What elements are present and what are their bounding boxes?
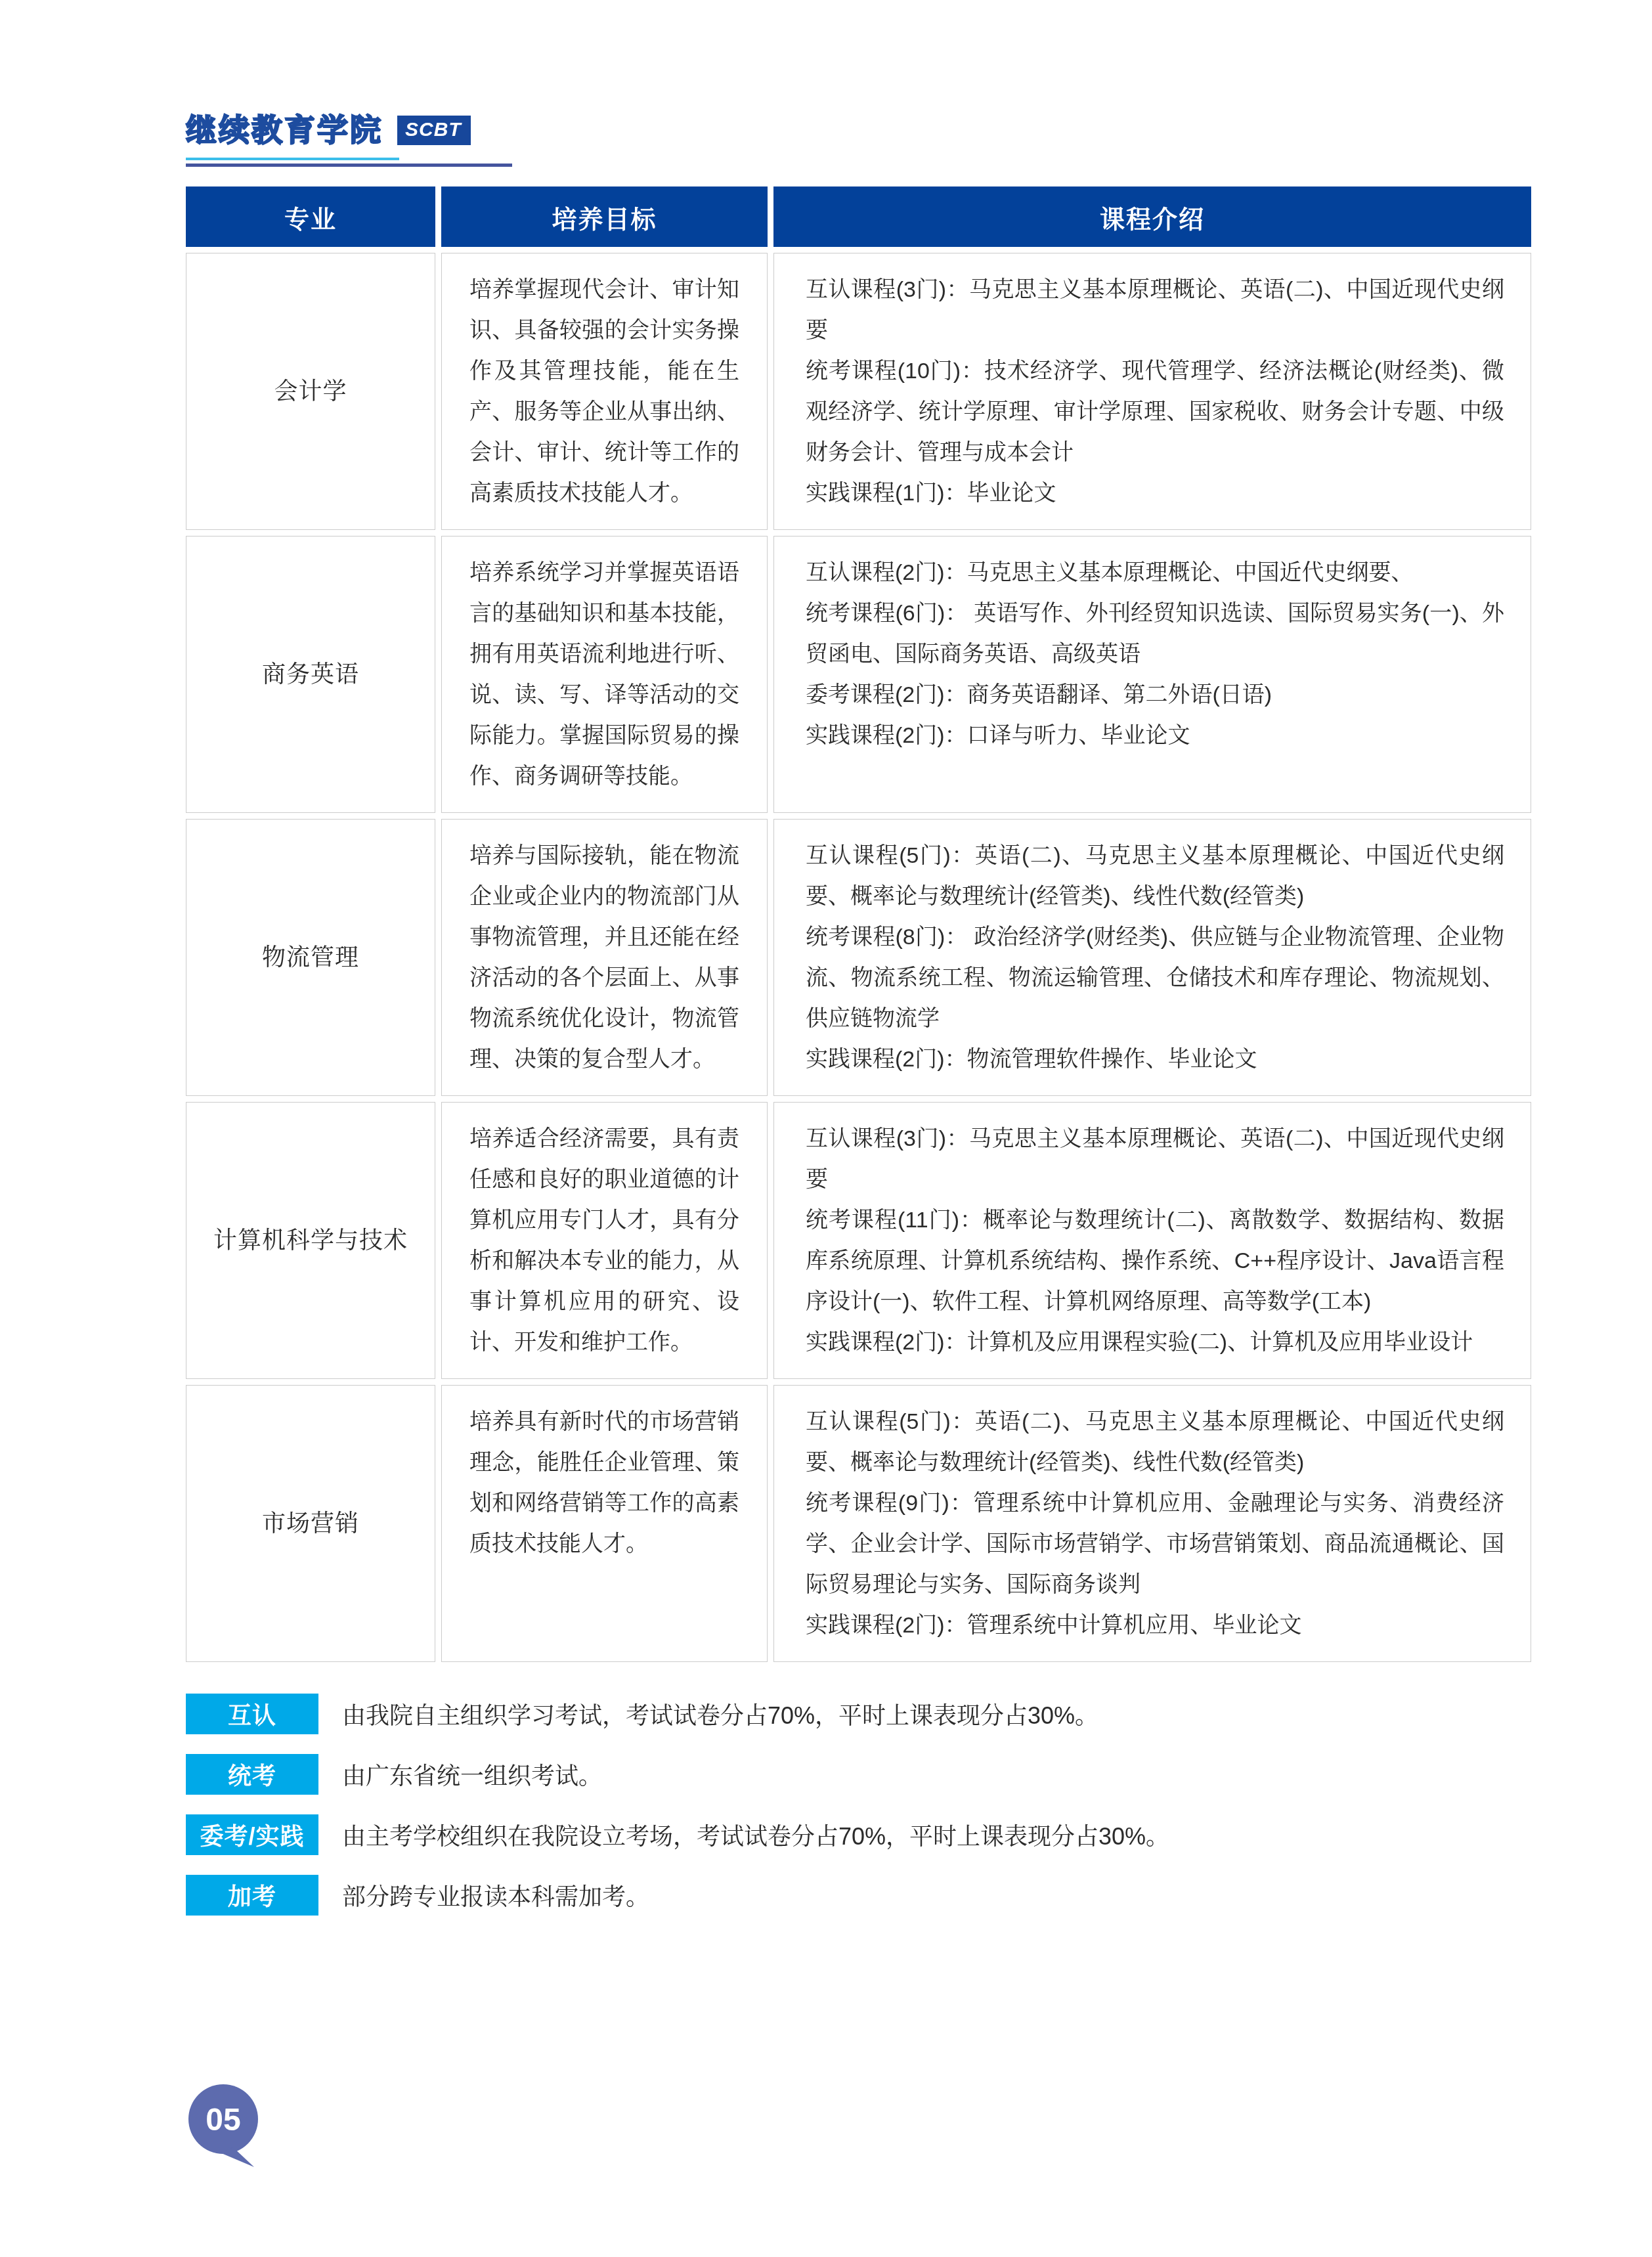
major-name-cell: 会计学 — [186, 253, 435, 530]
table-header-row: 专业 培养目标 课程介绍 — [186, 186, 1531, 247]
major-name: 会计学 — [274, 371, 347, 412]
table-row: 市场营销 培养具有新时代的市场营销理念，能胜任企业管理、策划和网络营销等工作的高… — [186, 1385, 1531, 1662]
courses-cell: 互认课程(5门)：英语(二)、马克思主义基本原理概论、中国近代史纲要、概率论与数… — [773, 1385, 1531, 1662]
course-item: 互认课程(3门)：马克思主义基本原理概论、英语(二)、中国近现代史纲要 — [806, 269, 1504, 351]
table-row: 物流管理 培养与国际接轨，能在物流企业或企业内的物流部门从事物流管理，并且还能在… — [186, 819, 1531, 1096]
major-name: 商务英语 — [262, 654, 359, 695]
courses-cell: 互认课程(2门)：马克思主义基本原理概论、中国近代史纲要、统考课程(6门)： 英… — [773, 536, 1531, 813]
course-item: 统考课程(6门)： 英语写作、外刊经贸知识选读、国际贸易实务(一)、外贸函电、国… — [806, 593, 1504, 674]
major-name-cell: 计算机科学与技术 — [186, 1102, 435, 1379]
exam-type-legend: 互认 由我院自主组织学习考试，考试试卷分占70%，平时上课表现分占30%。 统考… — [186, 1694, 1531, 1916]
course-item: 互认课程(5门)：英语(二)、马克思主义基本原理概论、中国近代史纲要、概率论与数… — [806, 1401, 1504, 1483]
course-item: 实践课程(2门)：物流管理软件操作、毕业论文 — [806, 1039, 1504, 1080]
course-item: 统考课程(9门)：管理系统中计算机应用、金融理论与实务、消费经济学、企业会计学、… — [806, 1483, 1504, 1605]
major-name: 物流管理 — [262, 937, 359, 978]
scbt-logo-badge: SCBT — [397, 116, 471, 145]
objective-text: 培养具有新时代的市场营销理念，能胜任企业管理、策划和网络营销等工作的高素质技术技… — [469, 1409, 739, 1556]
course-item: 互认课程(5门)：英语(二)、马克思主义基本原理概论、中国近代史纲要、概率论与数… — [806, 835, 1504, 917]
course-item: 统考课程(10门)：技术经济学、现代管理学、经济法概论(财经类)、微观经济学、统… — [806, 351, 1504, 473]
objective-cell: 培养系统学习并掌握英语语言的基础知识和基本技能，拥有用英语流利地进行听、说、读、… — [441, 536, 768, 813]
course-item: 统考课程(8门)： 政治经济学(财经类)、供应链与企业物流管理、企业物流、物流系… — [806, 917, 1504, 1039]
objective-cell: 培养掌握现代会计、审计知识、具备较强的会计实务操作及其管理技能，能在生产、服务等… — [441, 253, 768, 530]
title-underline-cyan — [186, 158, 399, 160]
course-item: 互认课程(3门)：马克思主义基本原理概论、英语(二)、中国近现代史纲要 — [806, 1118, 1504, 1200]
course-item: 统考课程(11门)：概率论与数理统计(二)、离散数学、数据结构、数据库系统原理、… — [806, 1200, 1504, 1322]
course-item: 委考课程(2门)：商务英语翻译、第二外语(日语) — [806, 674, 1504, 715]
major-name-cell: 市场营销 — [186, 1385, 435, 1662]
column-header-objective: 培养目标 — [441, 186, 768, 247]
legend-badge: 统考 — [186, 1754, 318, 1795]
course-item: 实践课程(2门)：口译与听力、毕业论文 — [806, 715, 1504, 756]
objective-text: 培养掌握现代会计、审计知识、具备较强的会计实务操作及其管理技能，能在生产、服务等… — [469, 277, 739, 506]
page-number: 05 — [206, 2103, 240, 2137]
legend-row: 互认 由我院自主组织学习考试，考试试卷分占70%，平时上课表现分占30%。 — [186, 1694, 1531, 1734]
major-name: 计算机科学与技术 — [213, 1220, 408, 1261]
legend-badge: 加考 — [186, 1875, 318, 1916]
legend-description: 由广东省统一组织考试。 — [342, 1758, 602, 1791]
legend-row: 加考 部分跨专业报读本科需加考。 — [186, 1875, 1531, 1916]
legend-badge: 委考/实践 — [186, 1814, 318, 1855]
major-name-cell: 物流管理 — [186, 819, 435, 1096]
page-header: 继续教育学院 SCBT — [186, 112, 1531, 167]
column-header-courses: 课程介绍 — [773, 186, 1531, 247]
majors-table: 专业 培养目标 课程介绍 会计学 培养掌握现代会计、审计知识、具备较强的会计实务… — [186, 186, 1531, 1662]
objective-text: 培养系统学习并掌握英语语言的基础知识和基本技能，拥有用英语流利地进行听、说、读、… — [469, 560, 739, 789]
objective-text: 培养适合经济需要，具有责任感和良好的职业道德的计算机应用专门人才，具有分析和解决… — [469, 1126, 739, 1355]
legend-description: 由主考学校组织在我院设立考场，考试试卷分占70%，平时上课表现分占30%。 — [342, 1818, 1169, 1852]
major-name: 市场营销 — [262, 1503, 359, 1544]
legend-badge: 互认 — [186, 1694, 318, 1734]
objective-cell: 培养具有新时代的市场营销理念，能胜任企业管理、策划和网络营销等工作的高素质技术技… — [441, 1385, 768, 1662]
course-item: 实践课程(2门)：计算机及应用课程实验(二)、计算机及应用毕业设计 — [806, 1322, 1504, 1363]
objective-cell: 培养适合经济需要，具有责任感和良好的职业道德的计算机应用专门人才，具有分析和解决… — [441, 1102, 768, 1379]
title-underline-blue — [186, 164, 512, 167]
legend-description: 部分跨专业报读本科需加考。 — [342, 1879, 649, 1912]
table-row: 商务英语 培养系统学习并掌握英语语言的基础知识和基本技能，拥有用英语流利地进行听… — [186, 536, 1531, 813]
courses-cell: 互认课程(5门)：英语(二)、马克思主义基本原理概论、中国近代史纲要、概率论与数… — [773, 819, 1531, 1096]
legend-row: 统考 由广东省统一组织考试。 — [186, 1754, 1531, 1795]
page-content: 继续教育学院 SCBT 专业 培养目标 课程介绍 会计学 培养掌握现代会计、审计… — [186, 112, 1531, 1935]
objective-text: 培养与国际接轨，能在物流企业或企业内的物流部门从事物流管理，并且还能在经济活动的… — [469, 843, 739, 1072]
courses-cell: 互认课程(3门)：马克思主义基本原理概论、英语(二)、中国近现代史纲要统考课程(… — [773, 253, 1531, 530]
table-row: 会计学 培养掌握现代会计、审计知识、具备较强的会计实务操作及其管理技能，能在生产… — [186, 253, 1531, 530]
column-header-major: 专业 — [186, 186, 435, 247]
objective-cell: 培养与国际接轨，能在物流企业或企业内的物流部门从事物流管理，并且还能在经济活动的… — [441, 819, 768, 1096]
course-item: 实践课程(2门)：管理系统中计算机应用、毕业论文 — [806, 1605, 1504, 1646]
table-body: 会计学 培养掌握现代会计、审计知识、具备较强的会计实务操作及其管理技能，能在生产… — [186, 253, 1531, 1662]
courses-cell: 互认课程(3门)：马克思主义基本原理概论、英语(二)、中国近现代史纲要统考课程(… — [773, 1102, 1531, 1379]
table-row: 计算机科学与技术 培养适合经济需要，具有责任感和良好的职业道德的计算机应用专门人… — [186, 1102, 1531, 1379]
course-item: 互认课程(2门)：马克思主义基本原理概论、中国近代史纲要、 — [806, 552, 1504, 593]
course-item: 实践课程(1门)：毕业论文 — [806, 473, 1504, 514]
page-title: 继续教育学院 — [186, 112, 383, 148]
legend-row: 委考/实践 由主考学校组织在我院设立考场，考试试卷分占70%，平时上课表现分占3… — [186, 1814, 1531, 1855]
legend-description: 由我院自主组织学习考试，考试试卷分占70%，平时上课表现分占30%。 — [342, 1698, 1098, 1731]
page-number-bubble: 05 — [186, 2083, 268, 2172]
major-name-cell: 商务英语 — [186, 536, 435, 813]
